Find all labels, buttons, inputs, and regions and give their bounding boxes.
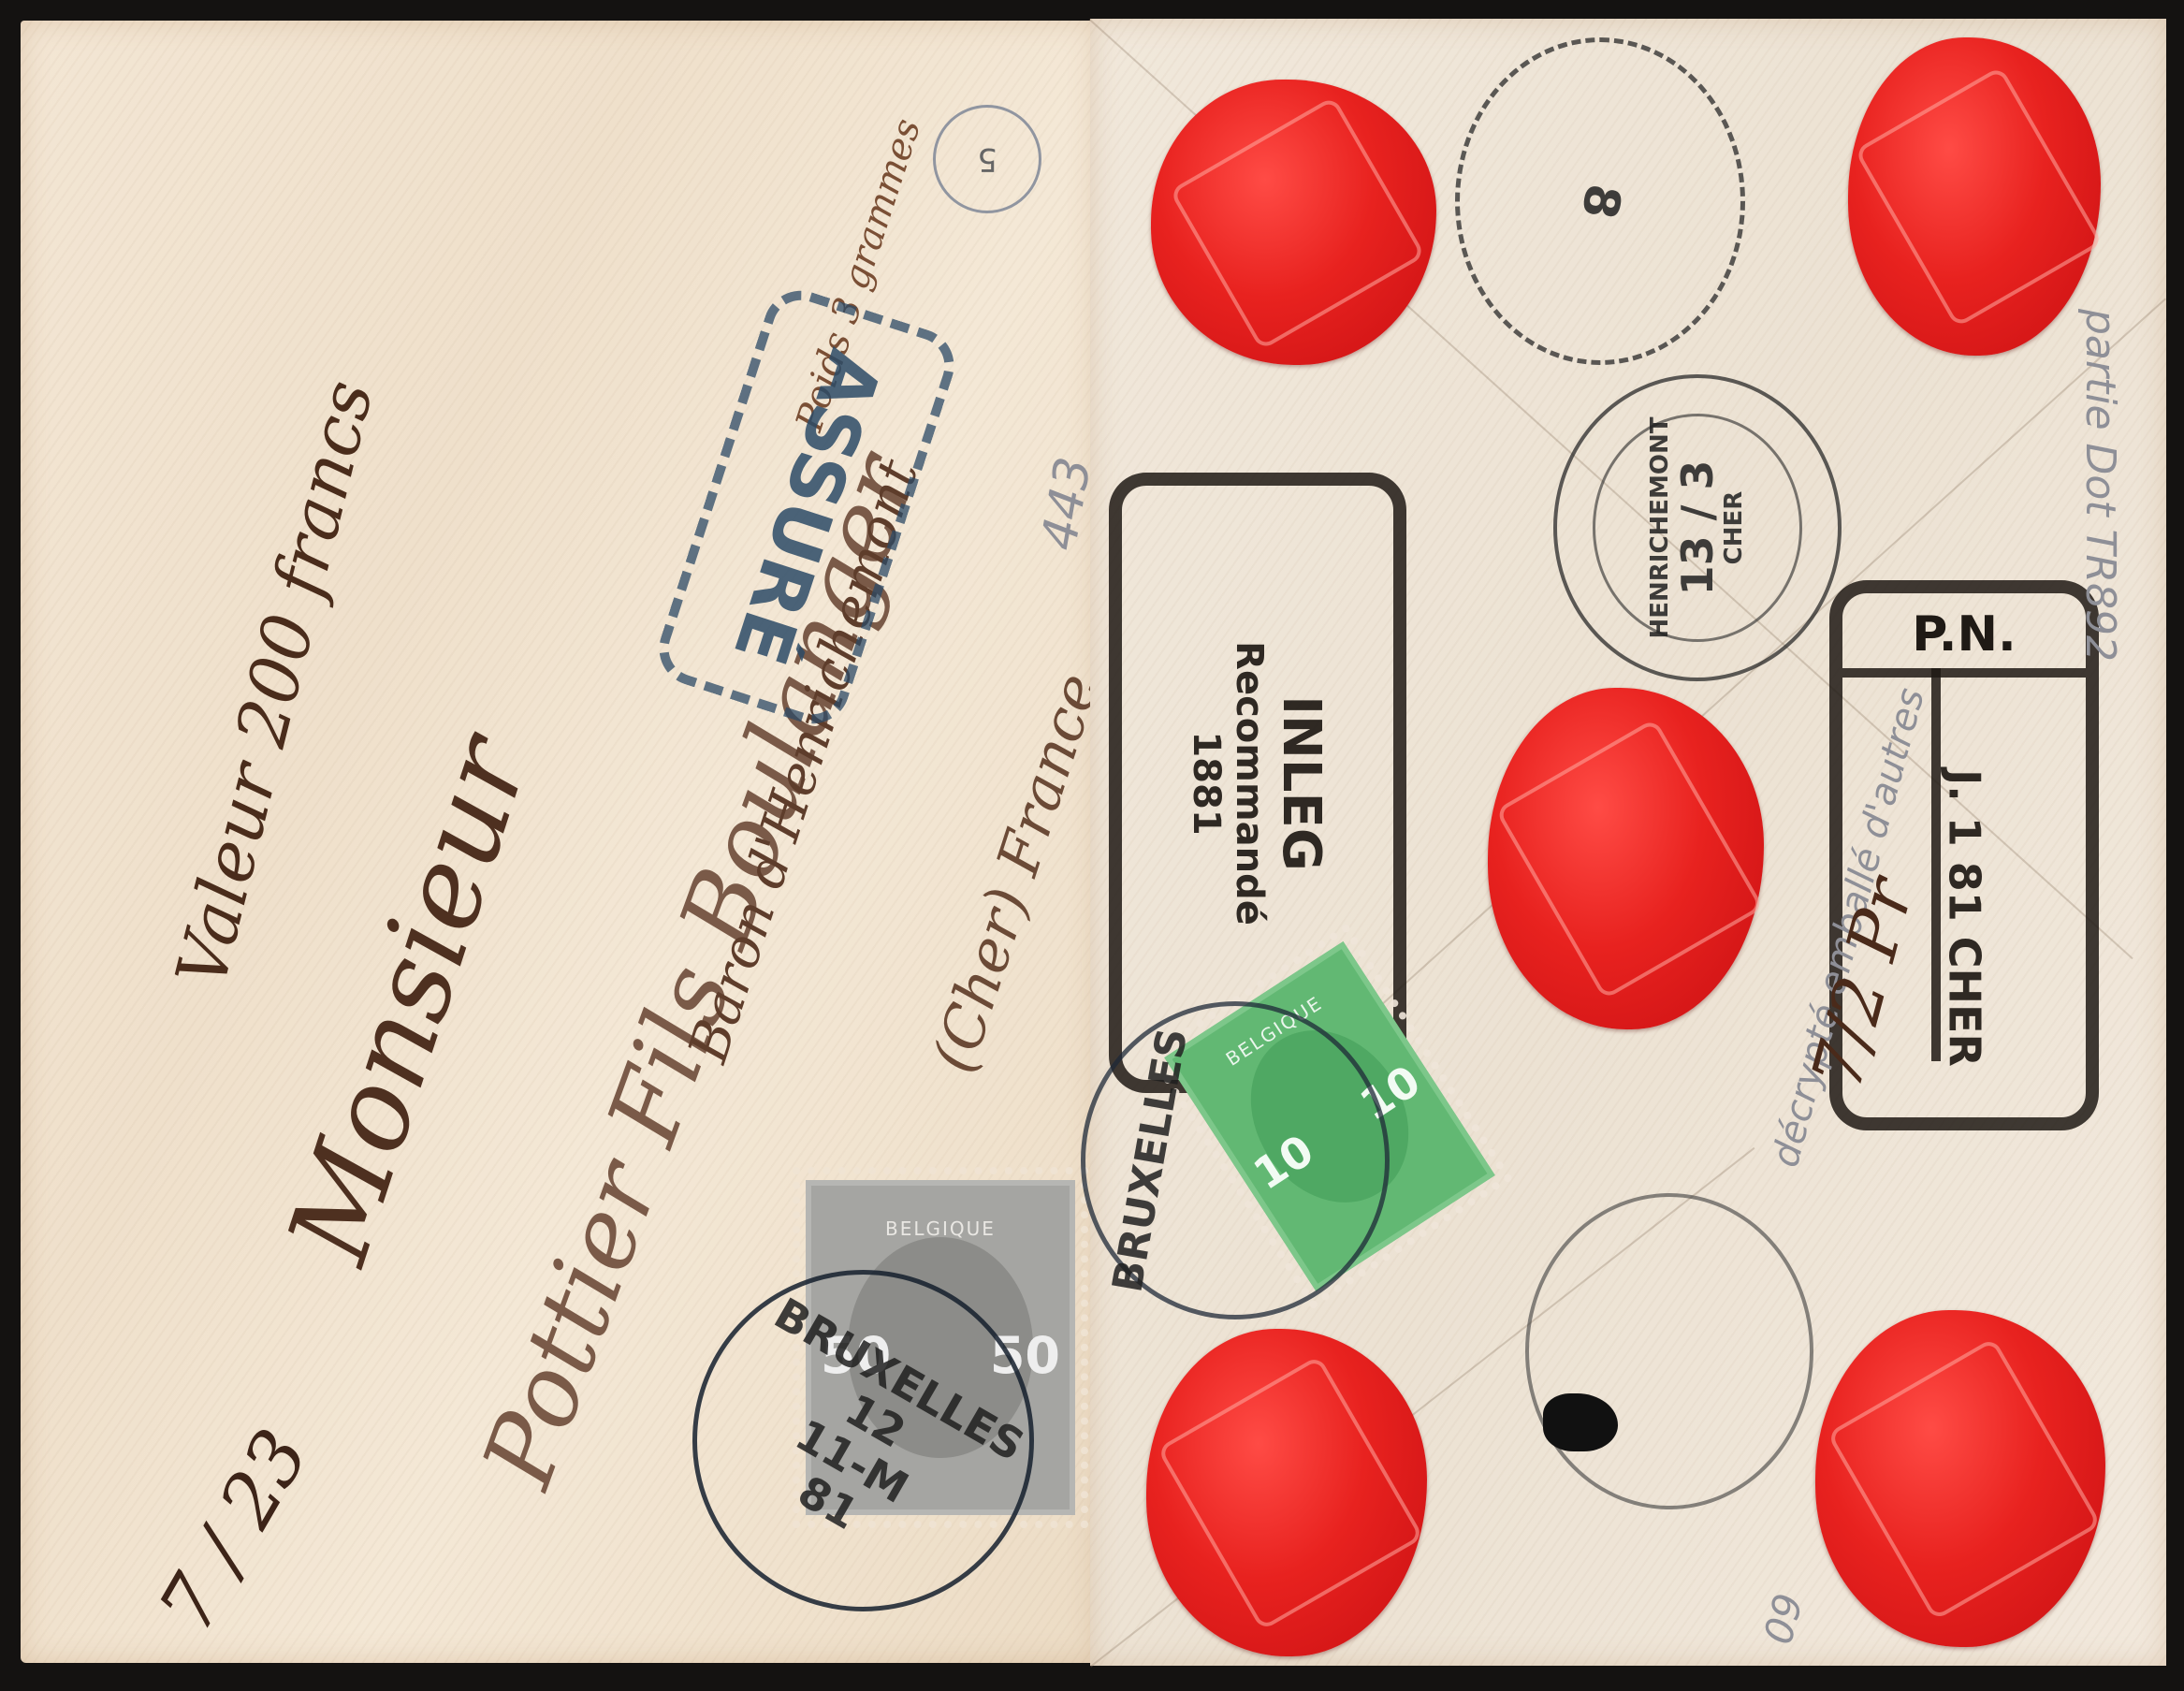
pencil-note-right: partie Dot TR892 — [2076, 309, 2124, 662]
wax-seal-top-right — [1848, 37, 2101, 356]
cancel-dept: CHER — [1721, 416, 1748, 638]
circled-number-text: 5 — [977, 140, 997, 178]
inleg-line-2: Recommandé — [1228, 641, 1271, 926]
wax-seal-center — [1488, 688, 1764, 1029]
cancel-date: 13 / 3 — [1674, 416, 1722, 638]
pn-line: 1 — [1939, 817, 1989, 847]
top-circular-cancel: 8 — [1455, 37, 1745, 365]
henrichemont-cancel: HENRICHEMONT 13 / 3 CHER — [1553, 374, 1842, 681]
wax-seal-top-left — [1151, 80, 1436, 365]
wax-seal-bottom-right — [1815, 1310, 2105, 1647]
pn-line: J. — [1939, 769, 1989, 802]
cancel-town: HENRICHEMONT — [1647, 416, 1674, 638]
ink-blot — [1543, 1393, 1618, 1451]
top-cancel-text: 8 — [1571, 180, 1630, 223]
circled-number: 5 — [933, 105, 1041, 213]
pn-line: CHER — [1939, 937, 1989, 1067]
bruxelles-cancel: BRUXELLES 12 11-M 81 — [692, 1270, 1034, 1611]
inleg-line-1: INLEG — [1271, 641, 1331, 926]
inleg-line-3: 1881 — [1185, 641, 1228, 926]
bottom-faint-cancel — [1525, 1193, 1813, 1509]
cancel-town: BRUXELLES — [1106, 1025, 1197, 1295]
envelope-back: 8 HENRICHEMONT 13 / 3 CHER INLEG Recomma… — [1090, 19, 2166, 1666]
pn-line: 81 — [1939, 862, 1989, 922]
bruxelles-cancel-partial: BRUXELLES — [1081, 1001, 1390, 1319]
assure-box-text: ASSURÉ — [717, 341, 896, 675]
envelope-front: Valeur 200 francs Monsieur Pottier Fils … — [21, 21, 1097, 1663]
wax-seal-bottom-left — [1146, 1329, 1427, 1656]
pn-header: P.N. — [1842, 606, 2086, 663]
